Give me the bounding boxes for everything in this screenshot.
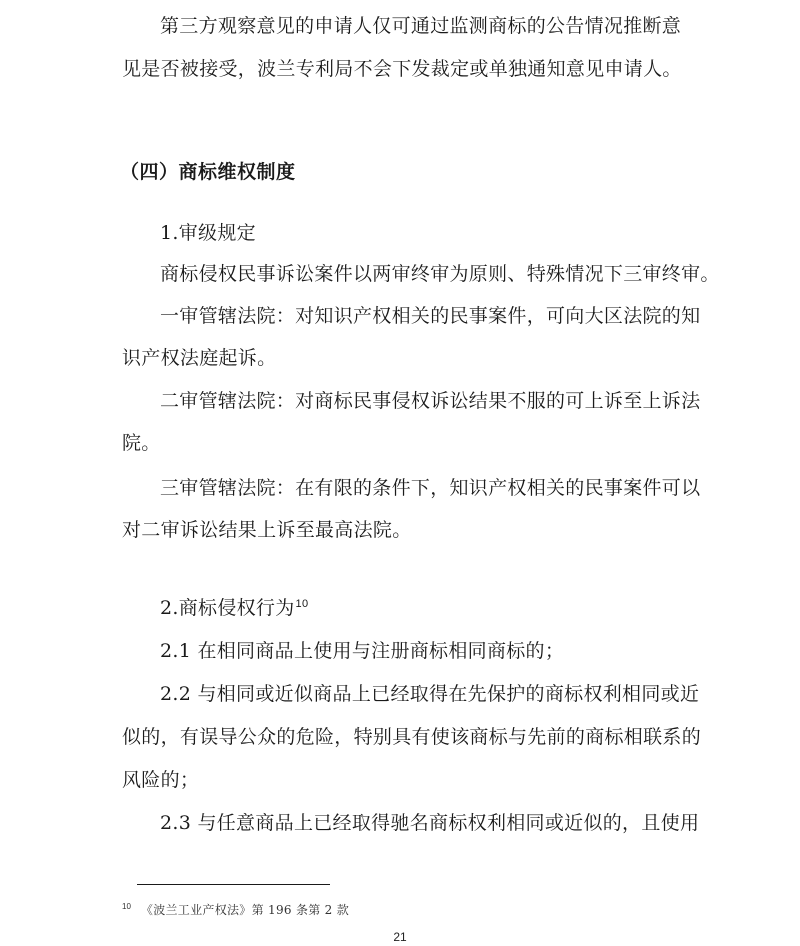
paragraph-line: 风险的； [122,768,199,792]
list-item: 2.3 与任意商品上已经取得驰名商标权利相同或近似的，且使用 [160,811,699,835]
paragraph-line: 见是否被接受，波兰专利局不会下发裁定或单独通知意见申请人。 [122,57,682,81]
footnote-separator [137,884,330,885]
paragraph-line: 第三方观察意见的申请人仅可通过监测商标的公告情况推断意 [160,14,681,38]
paragraph-line: 二审管辖法院：对商标民事侵权诉讼结果不服的可上诉至上诉法 [160,389,700,413]
list-item: 2.1 在相同商品上使用与注册商标相同商标的； [160,639,564,663]
paragraph-line: 识产权法庭起诉。 [122,346,276,370]
paragraph-line: 似的，有误导公众的危险，特别具有使该商标与先前的商标相联系的 [122,725,701,749]
subheading-infringement: 2.商标侵权行为10 [160,596,308,620]
footnote: 10《波兰工业产权法》第 196 条第 2 款 [122,901,349,918]
section-heading: （四）商标维权制度 [120,160,296,184]
footnote-reference[interactable]: 10 [296,598,309,610]
list-item: 2.2 与相同或近似商品上已经取得在先保护的商标权利相同或近 [160,682,699,706]
paragraph-line: 院。 [122,431,161,455]
paragraph-line: 对二审诉讼结果上诉至最高法院。 [122,518,412,542]
footnote-text: 《波兰工业产权法》第 196 条第 2 款 [141,903,349,917]
paragraph-line: 一审管辖法院：对知识产权相关的民事案件，可向大区法院的知 [160,304,700,328]
footnote-mark: 10 [122,902,131,911]
paragraph-line: 三审管辖法院：在有限的条件下，知识产权相关的民事案件可以 [160,476,700,500]
page-number: 21 [0,930,800,944]
subheading-text: 2.商标侵权行为 [160,597,295,619]
subheading-trial-levels: 1.审级规定 [160,221,256,245]
paragraph-line: 商标侵权民事诉讼案件以两审终审为原则、特殊情况下三审终审。 [160,262,720,286]
